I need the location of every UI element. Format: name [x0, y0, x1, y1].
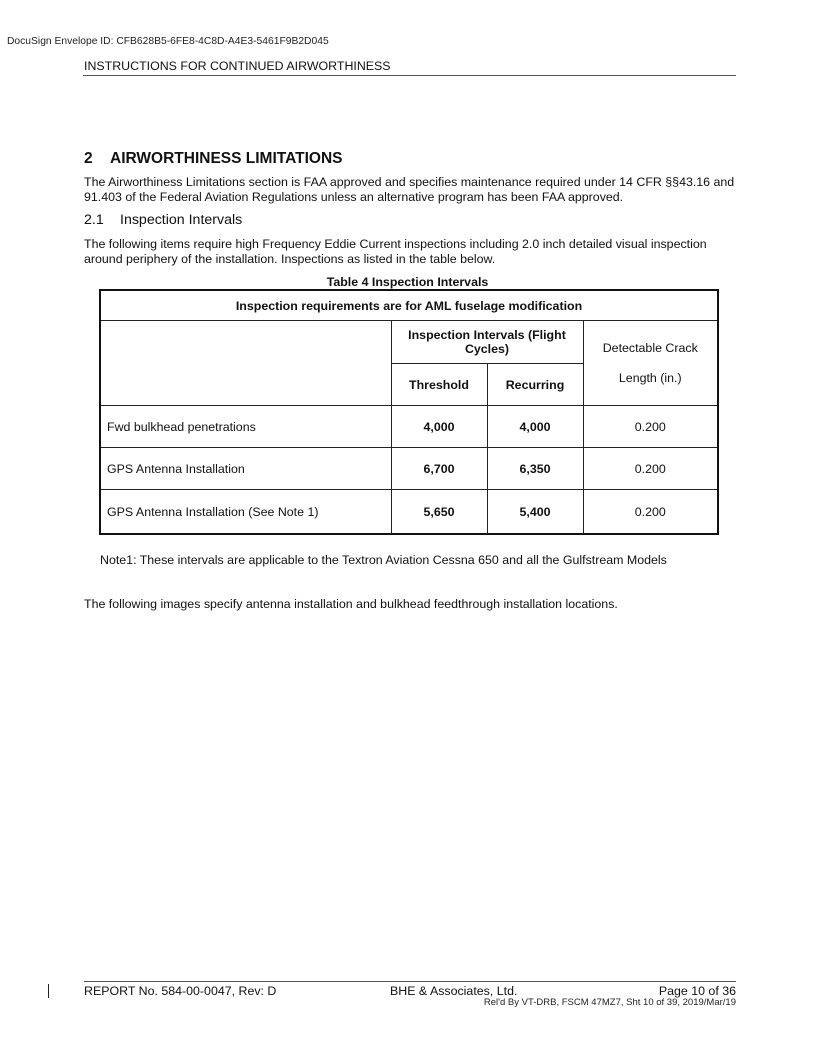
crack-cell: 0.200: [583, 448, 718, 490]
item-cell: GPS Antenna Installation (See Note 1): [100, 490, 391, 535]
threshold-cell: 4,000: [391, 406, 487, 448]
images-intro-paragraph: The following images specify antenna ins…: [84, 597, 744, 612]
footer-report-number: REPORT No. 584-00-0047, Rev: D: [84, 984, 276, 998]
crack-header-line1: Detectable Crack: [590, 333, 712, 363]
recurring-header: Recurring: [487, 364, 583, 406]
table-row: Fwd bulkhead penetrations 4,000 4,000 0.…: [100, 406, 718, 448]
subsection-heading: 2.1Inspection Intervals: [84, 212, 242, 228]
running-header: INSTRUCTIONS FOR CONTINUED AIRWORTHINESS: [84, 59, 391, 73]
table-row: GPS Antenna Installation (See Note 1) 5,…: [100, 490, 718, 535]
item-cell: GPS Antenna Installation: [100, 448, 391, 490]
section-heading: 2AIRWORTHINESS LIMITATIONS: [84, 150, 343, 168]
footer-page-number: Page 10 of 36: [659, 984, 736, 998]
recurring-cell: 5,400: [487, 490, 583, 535]
threshold-header: Threshold: [391, 364, 487, 406]
subsection-body-paragraph: The following items require high Frequen…: [84, 237, 744, 267]
item-cell: Fwd bulkhead penetrations: [100, 406, 391, 448]
header-rule: [83, 75, 736, 76]
footer-company: BHE & Associates, Ltd.: [390, 984, 517, 998]
section-intro-paragraph: The Airworthiness Limitations section is…: [84, 175, 744, 205]
crack-length-header: Detectable Crack Length (in.): [583, 321, 718, 406]
footer-release-stamp: Rel'd By VT-DRB, FSCM 47MZ7, Sht 10 of 3…: [484, 997, 736, 1008]
crack-cell: 0.200: [583, 490, 718, 535]
table-title: Inspection requirements are for AML fuse…: [100, 290, 718, 321]
inspection-intervals-table: Inspection requirements are for AML fuse…: [99, 289, 719, 535]
recurring-cell: 4,000: [487, 406, 583, 448]
threshold-cell: 5,650: [391, 490, 487, 535]
item-header-blank: [100, 321, 391, 406]
subsection-title: Inspection Intervals: [120, 212, 242, 228]
revision-change-bar: [48, 984, 49, 998]
group-header-intervals: Inspection Intervals (Flight Cycles): [391, 321, 583, 364]
section-title: AIRWORTHINESS LIMITATIONS: [110, 150, 343, 167]
footer-rule: [84, 981, 736, 982]
table-row: GPS Antenna Installation 6,700 6,350 0.2…: [100, 448, 718, 490]
docusign-envelope-id: DocuSign Envelope ID: CFB628B5-6FE8-4C8D…: [7, 36, 329, 47]
threshold-cell: 6,700: [391, 448, 487, 490]
subsection-number: 2.1: [84, 212, 120, 228]
section-number: 2: [84, 150, 110, 168]
table-header-row: Inspection Intervals (Flight Cycles) Det…: [100, 321, 718, 364]
crack-cell: 0.200: [583, 406, 718, 448]
table-caption: Table 4 Inspection Intervals: [99, 275, 716, 289]
table-note: Note1: These intervals are applicable to…: [100, 553, 667, 567]
crack-header-line2: Length (in.): [590, 363, 712, 393]
table-title-row: Inspection requirements are for AML fuse…: [100, 290, 718, 321]
recurring-cell: 6,350: [487, 448, 583, 490]
